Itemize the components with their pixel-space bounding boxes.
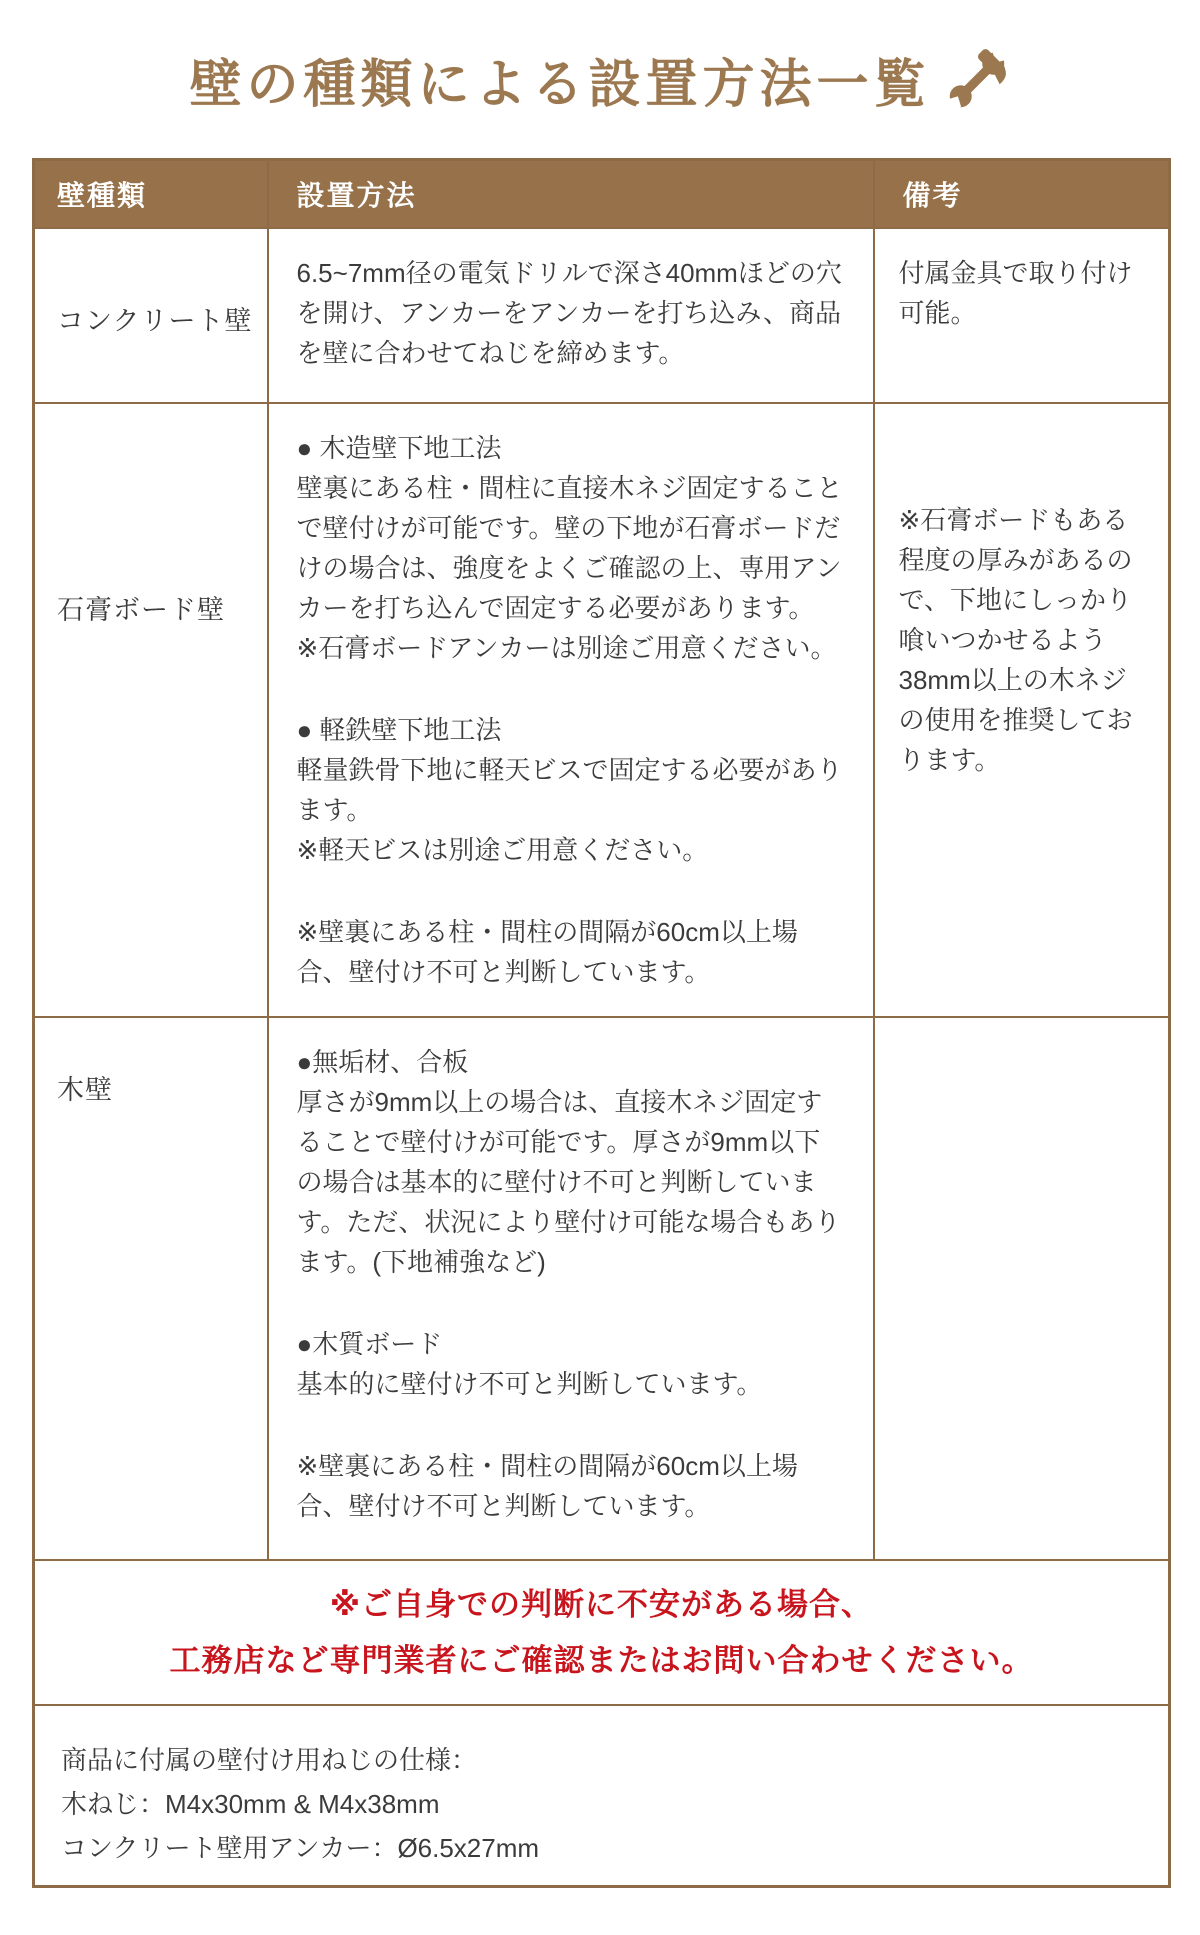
page-title: 壁の種類による設置方法一覧 (0, 0, 1200, 158)
warning-line-2: 工務店など専門業者にご確認またはお問い合わせください。 (36, 1633, 1167, 1689)
note-paragraph: ※石膏ボードもある程度の厚みがあるので、下地にしっかり喰いつかせるよう38mm以… (899, 500, 1145, 780)
note-cell: 付属金具で取り付け可能。 (874, 228, 1170, 403)
screw-spec-wood-screw: 木ねじ：M4x30mm & M4x38mm (61, 1782, 1142, 1826)
hammer-wrench-icon (943, 49, 1011, 109)
wall-type-label: 木壁 (34, 1017, 268, 1560)
header-cell-method: 設置方法 (268, 160, 874, 228)
method-cell: ●無垢材、合板 厚さが9mm以上の場合は、直接木ネジ固定することで壁付けが可能で… (268, 1017, 874, 1560)
screw-spec-cell: 商品に付属の壁付け用ねじの仕様： 木ねじ：M4x30mm & M4x38mm コ… (34, 1705, 1170, 1887)
warning-line-1: ※ご自身での判断に不安がある場合、 (36, 1577, 1167, 1633)
wall-type-label: 石膏ボード壁 (34, 403, 268, 1017)
note-cell (874, 1017, 1170, 1560)
note-cell: ※石膏ボードもある程度の厚みがあるので、下地にしっかり喰いつかせるよう38mm以… (874, 403, 1170, 1017)
page: 壁の種類による設置方法一覧 (0, 0, 1200, 1935)
method-heading: ● 軽鉄壁下地工法 (297, 710, 845, 750)
method-paragraph: 6.5~7mm径の電気ドリルで深さ40mmほどの穴を開け、アンカーをアンカーを打… (297, 253, 845, 373)
header-cell-wall-type: 壁種類 (34, 160, 268, 228)
header-cell-notes: 備考 (874, 160, 1170, 228)
method-paragraph: 基本的に壁付け不可と判断しています。 (297, 1364, 845, 1404)
screw-spec-row: 商品に付属の壁付け用ねじの仕様： 木ねじ：M4x30mm & M4x38mm コ… (34, 1705, 1170, 1887)
page-title-heading: 壁の種類による設置方法一覧 (189, 42, 1010, 117)
page-title-text: 壁の種類による設置方法一覧 (189, 42, 930, 117)
wall-installation-table: 壁種類 設置方法 備考 コンクリート壁 6.5~7mm径の電気ドリルで深さ40m… (32, 158, 1171, 1888)
method-paragraph: ※石膏ボードアンカーは別途ご用意ください。 (297, 628, 845, 668)
screw-spec-concrete-anchor: コンクリート壁用アンカー：Ø6.5x27mm (61, 1826, 1142, 1870)
table-row-concrete: コンクリート壁 6.5~7mm径の電気ドリルで深さ40mmほどの穴を開け、アンカ… (34, 228, 1170, 403)
method-paragraph: ※軽天ビスは別途ご用意ください。 (297, 830, 845, 870)
method-heading: ● 木造壁下地工法 (297, 428, 845, 468)
warning-row: ※ご自身での判断に不安がある場合、 工務店など専門業者にご確認またはお問い合わせ… (34, 1560, 1170, 1705)
method-paragraph: ※壁裏にある柱・間柱の間隔が60cm以上場合、壁付け不可と判断しています。 (297, 912, 845, 992)
table-row-plasterboard: 石膏ボード壁 ● 木造壁下地工法 壁裏にある柱・間柱に直接木ネジ固定することで壁… (34, 403, 1170, 1017)
method-heading: ●無垢材、合板 (297, 1042, 845, 1082)
screw-spec-title: 商品に付属の壁付け用ねじの仕様： (61, 1738, 1142, 1782)
method-cell: 6.5~7mm径の電気ドリルで深さ40mmほどの穴を開け、アンカーをアンカーを打… (268, 228, 874, 403)
method-paragraph: ※壁裏にある柱・間柱の間隔が60cm以上場合、壁付け不可と判断しています。 (297, 1446, 845, 1526)
note-paragraph: 付属金具で取り付け可能。 (899, 253, 1145, 333)
method-cell: ● 木造壁下地工法 壁裏にある柱・間柱に直接木ネジ固定することで壁付けが可能です… (268, 403, 874, 1017)
table-header-row: 壁種類 設置方法 備考 (34, 160, 1170, 228)
method-paragraph: 厚さが9mm以上の場合は、直接木ネジ固定することで壁付けが可能です。厚さが9mm… (297, 1082, 845, 1282)
method-paragraph: 軽量鉄骨下地に軽天ビスで固定する必要があります。 (297, 750, 845, 830)
warning-cell: ※ご自身での判断に不安がある場合、 工務店など専門業者にご確認またはお問い合わせ… (34, 1560, 1170, 1705)
table-row-wood: 木壁 ●無垢材、合板 厚さが9mm以上の場合は、直接木ネジ固定することで壁付けが… (34, 1017, 1170, 1560)
method-heading: ●木質ボード (297, 1324, 845, 1364)
wall-type-label: コンクリート壁 (34, 228, 268, 403)
method-paragraph: 壁裏にある柱・間柱に直接木ネジ固定することで壁付けが可能です。壁の下地が石膏ボー… (297, 468, 845, 628)
